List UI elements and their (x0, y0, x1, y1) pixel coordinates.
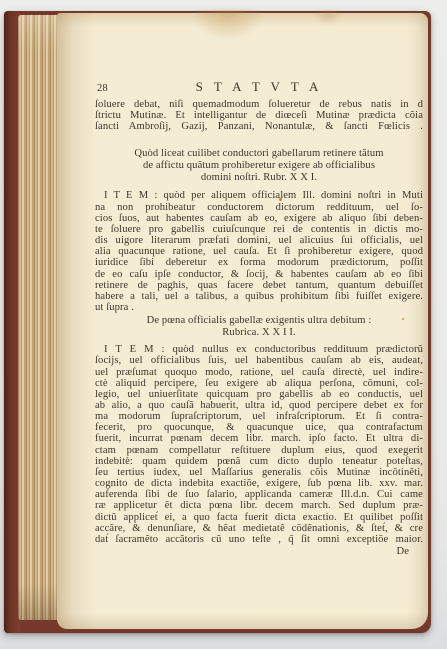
text-line: iuridice ſibi deberetur ex forma modorum… (95, 257, 423, 268)
text-line: dictũ applicet́ ei, a quo facta fuerit d… (95, 512, 423, 523)
text-line: ma modorum ſupraſcriptorum, uel infraſcr… (95, 411, 423, 422)
rubric-heading-21: Quòd liceat cuilibet conductori gabellar… (95, 148, 423, 184)
text-line: ſeu tertius iudex, uel Maſſarius general… (95, 467, 423, 478)
text-line: ſancti Ambroſij, Gazij, Panzani, Nonantu… (95, 121, 423, 132)
text-line: ræ applicetur ẽt dicta pœna libr. decem … (95, 500, 423, 511)
text-line: uel præſumat quoquo modo, ratione, uel c… (95, 367, 423, 378)
paragraph-item-rubric-22: I T E M : quòd nullus ex conductoribus r… (95, 344, 423, 545)
rubric-heading-22: De pœna officialis gabellæ exigentis ult… (95, 315, 423, 338)
text-line: fuerit, incurrat pœnam decem libr. march… (95, 433, 423, 444)
text-line: ctam pœnam compellatur reſtituere duplum… (95, 445, 423, 456)
text-line: ut ſupra . (95, 302, 423, 313)
text-line: dat́ ſacramẽto accãtoris cũ uno teſte , … (95, 534, 423, 545)
book: 28 S T A T V T A ſoluere debat, niſi que… (4, 11, 431, 633)
text-line: ſtrictu Mutinæ. Et intelligantur de diœc… (95, 110, 423, 121)
text-line: accãre, & denunſiare, & hẽat medietatẽ c… (95, 523, 423, 534)
text-line: I T E M : quòd per aliquem officialem Il… (95, 190, 423, 201)
text-line: de affictu quãtum prohiberetur exigere a… (95, 160, 423, 172)
text-line: te ſoluere pro gabellis cuiuſcunque rei … (95, 224, 423, 235)
paragraph-item-rubric-21: I T E M : quòd per aliquem officialem Il… (95, 190, 423, 313)
text-line: retinere de paghis, quas facere debet ta… (95, 280, 423, 291)
book-page: 28 S T A T V T A ſoluere debat, niſi que… (57, 13, 428, 629)
text-line: De pœna officialis gabellæ exigentis ult… (95, 315, 423, 327)
text-line: ſoluere debat, niſi quemadmodum ſolueret… (95, 99, 423, 110)
text-line: habere a tali, uel a talibus, a quibus p… (95, 291, 423, 302)
text-line: Rubrica. X X I I. (95, 327, 423, 339)
text-line: ſocijs, uel officialibus ſuis, uel haben… (95, 355, 423, 366)
text-block: 28 S T A T V T A ſoluere debat, niſi que… (95, 82, 423, 557)
text-line: alia quacunque ratione, uel cauſa. Et ſi… (95, 246, 423, 257)
photo-background: 28 S T A T V T A ſoluere debat, niſi que… (0, 0, 447, 649)
text-line: cios ſuos, aut habentes cauſam ab eo, ex… (95, 213, 423, 224)
text-line: ctè aliquid percipere, ſeu exigere ab al… (95, 378, 423, 389)
page-header: 28 S T A T V T A (95, 82, 423, 95)
text-line: de eo caſu ipſe conductor, & ſocij, & ha… (95, 269, 423, 280)
text-line: dis uigore literarum præfati domini, uel… (95, 235, 423, 246)
text-line: domini noſtri. Rubr. X X I. (95, 172, 423, 184)
text-line: Quòd liceat cuilibet conductori gabellar… (95, 148, 423, 160)
paper-stain (195, 10, 261, 38)
paper-stain (313, 11, 343, 26)
text-line: indebitè: quam quidem pœnã cum dicto dup… (95, 456, 423, 467)
paragraph-continuation: ſoluere debat, niſi quemadmodum ſolueret… (95, 99, 423, 132)
text-line: fecerit, pro quocunque, & quacunque uice… (95, 422, 423, 433)
text-line: I T E M : quòd nullus ex conductoribus r… (95, 344, 423, 355)
text-line: auferenda ſibi de ſuo ſalario, applicand… (95, 489, 423, 500)
catchword: De (95, 546, 423, 557)
text-line: na non prohibeatur conductorem dictorum … (95, 202, 423, 213)
text-line: cognito de dicta indebita exactiõe, exig… (95, 478, 423, 489)
text-line: ab alio, a quo cauſã habuerit, ultra id,… (95, 400, 423, 411)
running-title: S T A T V T A (95, 81, 423, 92)
text-line: legio, uel uniuerſitate quicquam pro gab… (95, 389, 423, 400)
